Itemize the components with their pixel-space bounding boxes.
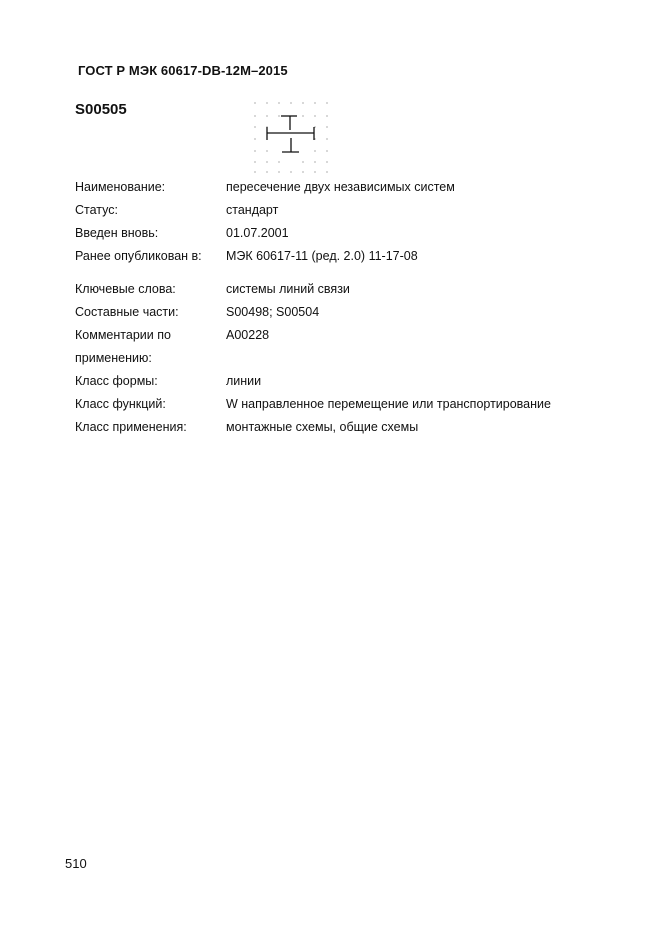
field-value: монтажные схемы, общие схемы [226, 416, 418, 439]
field-label: Класс формы: [75, 370, 225, 393]
field-label: Наименование: [75, 176, 225, 199]
field-label: Класс функций: [75, 393, 225, 416]
field-value: S00498; S00504 [226, 301, 319, 324]
symbol-code: S00505 [75, 101, 127, 118]
field-value: линии [226, 370, 261, 393]
field-value: A00228 [226, 324, 269, 347]
field-value: пересечение двух независимых систем [226, 176, 455, 199]
crossing-symbol-icon [250, 99, 335, 174]
field-value: 01.07.2001 [226, 222, 289, 245]
field-label: Статус: [75, 199, 225, 222]
field-value: W направленное перемещение или транспорт… [226, 393, 551, 416]
document-header: ГОСТ Р МЭК 60617-DB-12M–2015 [78, 63, 288, 78]
field-label: Ключевые слова: [75, 278, 225, 301]
field-label: Введен вновь: [75, 222, 225, 245]
field-label: Класс применения: [75, 416, 225, 439]
field-label: применению: [75, 347, 225, 370]
field-label: Составные части: [75, 301, 225, 324]
field-label: Комментарии по [75, 324, 225, 347]
field-value: стандарт [226, 199, 278, 222]
field-value: МЭК 60617-11 (ред. 2.0) 11-17-08 [226, 245, 418, 268]
page-number: 510 [65, 856, 87, 871]
field-value: системы линий связи [226, 278, 350, 301]
field-label: Ранее опубликован в: [75, 245, 225, 268]
